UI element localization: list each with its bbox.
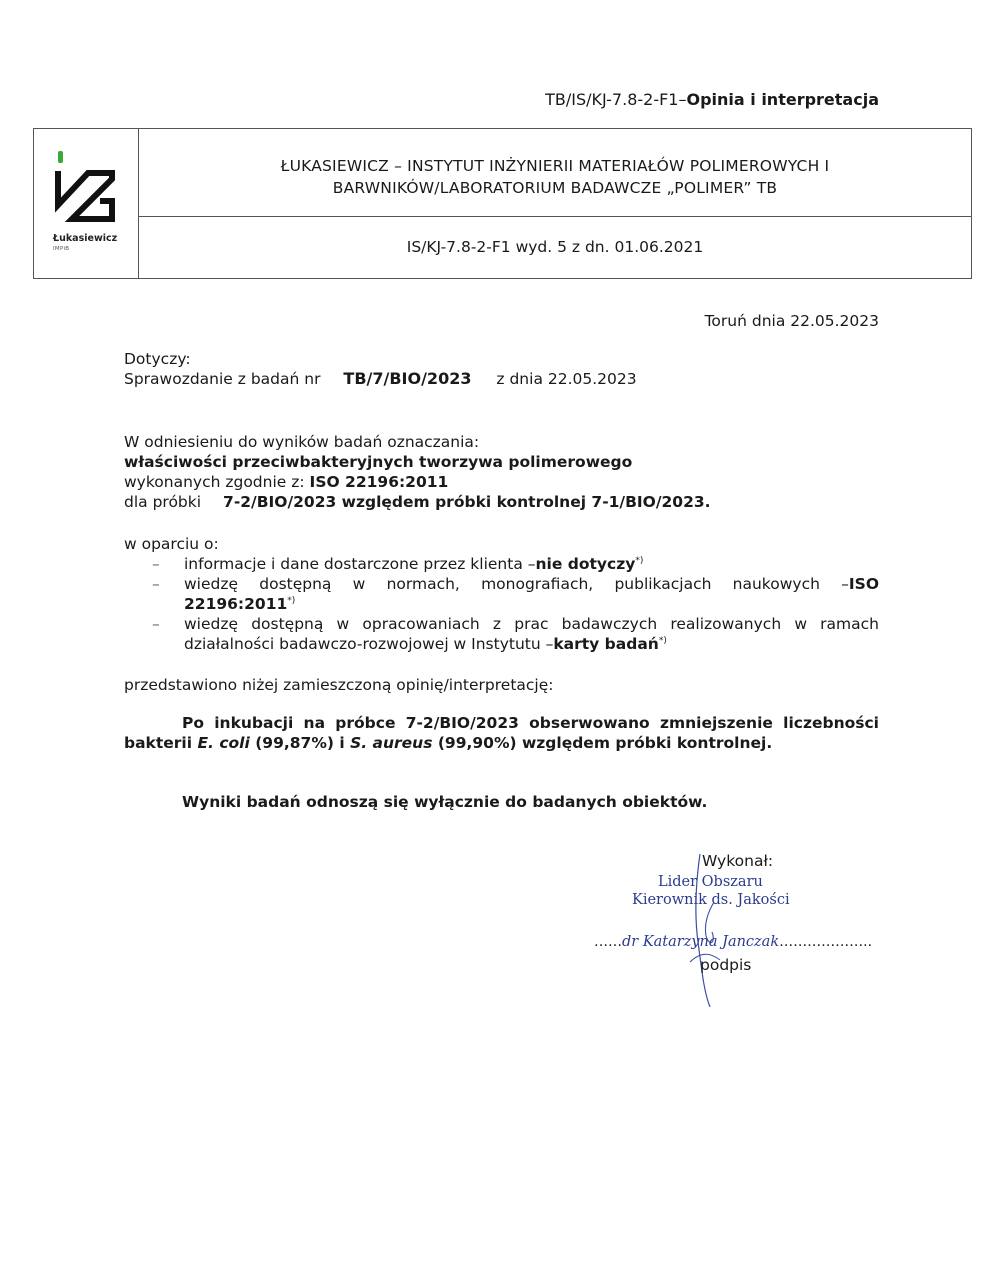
- opinion-intro: przedstawiono niżej zamieszczoną opinię/…: [124, 675, 879, 695]
- analysis-block: W odniesieniu do wyników badań oznaczani…: [124, 432, 879, 512]
- regarding-block: Dotyczy: Sprawozdanie z badań nr TB/7/BI…: [124, 349, 879, 389]
- report-prefix: Sprawozdanie z badań nr: [124, 369, 320, 389]
- organism-1: E. coli: [197, 734, 249, 752]
- analysis-intro: W odniesieniu do wyników badań oznaczani…: [124, 432, 879, 452]
- stamp-line-1: Lider Obszaru: [658, 874, 763, 890]
- institute-line-2: BARWNIKÓW/LABORATORIUM BADAWCZE „POLIMER…: [139, 177, 971, 199]
- basis-list: –informacje i dane dostarczone przez kli…: [124, 554, 879, 654]
- basis-label: w oparciu o:: [124, 534, 879, 554]
- analysis-property: właściwości przeciwbakteryjnych tworzywa…: [124, 452, 879, 472]
- logo-cell: Łukasiewicz IMPiB: [34, 129, 139, 278]
- stamp-name: dr Katarzyna Janczak: [622, 934, 779, 950]
- basis-item: –wiedzę dostępną w normach, monografiach…: [124, 574, 879, 614]
- lukasiewicz-logo-icon: [54, 151, 118, 229]
- basis-block: w oparciu o: –informacje i dane dostarcz…: [124, 534, 879, 654]
- sample-prefix: dla próbki: [124, 493, 201, 511]
- report-number: TB/7/BIO/2023: [343, 369, 471, 389]
- stamp-line-2: Kierownik ds. Jakości: [632, 892, 790, 908]
- form-revision: IS/KJ-7.8-2-F1 wyd. 5 z dn. 01.06.2021: [139, 218, 971, 278]
- form-code: TB/IS/KJ-7.8-2-F1–Opinia i interpretacja: [545, 90, 879, 109]
- regarding-label: Dotyczy:: [124, 349, 879, 369]
- form-code-prefix: TB/IS/KJ-7.8-2-F1–: [545, 90, 686, 109]
- logo-name: Łukasiewicz: [53, 233, 117, 244]
- logo-subtitle: IMPiB: [53, 246, 69, 252]
- opinion-conclusion: Po inkubacji na próbce 7-2/BIO/2023 obse…: [124, 713, 879, 753]
- method-standard: ISO 22196:2011: [310, 473, 449, 491]
- method-prefix: wykonanych zgodnie z:: [124, 473, 305, 491]
- signature-label: podpis: [700, 956, 751, 974]
- disclaimer: Wyniki badań odnoszą się wyłącznie do ba…: [182, 793, 707, 811]
- basis-item: –wiedzę dostępną w opracowaniach z prac …: [124, 614, 879, 654]
- place-date: Toruń dnia 22.05.2023: [705, 312, 879, 330]
- organism-2: S. aureus: [350, 734, 432, 752]
- report-date: z dnia 22.05.2023: [496, 369, 636, 389]
- signature-block: Wykonał: Lider Obszaru Kierownik ds. Jak…: [590, 852, 890, 1012]
- sample-id: 7-2/BIO/2023 względem próbki kontrolnej …: [223, 493, 711, 511]
- form-title: Opinia i interpretacja: [686, 90, 879, 109]
- institute-name: ŁUKASIEWICZ – INSTYTUT INŻYNIERII MATERI…: [139, 129, 971, 217]
- basis-item: –informacje i dane dostarczone przez kli…: [124, 554, 879, 574]
- institute-line-1: ŁUKASIEWICZ – INSTYTUT INŻYNIERII MATERI…: [139, 155, 971, 177]
- signature-line: ……dr Katarzyna Janczak………………..: [594, 934, 872, 950]
- document-header: Łukasiewicz IMPiB ŁUKASIEWICZ – INSTYTUT…: [33, 128, 972, 279]
- performed-by-label: Wykonał:: [702, 852, 773, 870]
